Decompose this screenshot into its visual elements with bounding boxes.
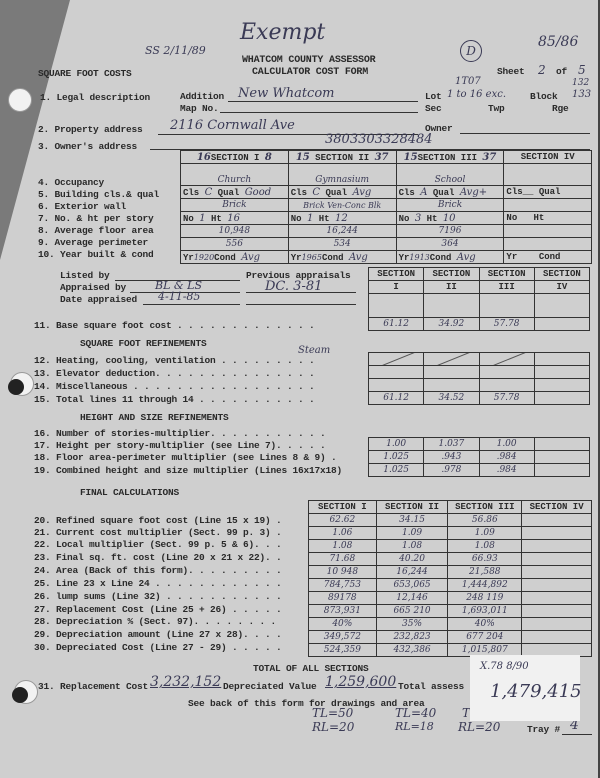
line15-label: 15. Total lines 11 through 14 . . . . . … — [34, 394, 315, 405]
binder-hole-bottom — [14, 680, 38, 704]
line28-row: 40%35%40% — [309, 618, 592, 631]
stories-row: No 1 Ht 16 No 1 Ht 12 No 3 Ht 10 No Ht — [181, 212, 592, 225]
row-label-occupancy: 4. Occupancy — [38, 177, 104, 188]
sec4-header: SECTION — [534, 268, 589, 281]
line26-label: 26. lump sums (Line 32) . . . . . . . . … — [34, 591, 282, 602]
sheet-label: Sheet — [497, 66, 525, 77]
sec4-roman: IV — [534, 281, 589, 294]
class-quality-row: Cls C Qual Good Cls C Qual Avg Cls A Qua… — [181, 186, 592, 199]
replacement-cost-total: 3,232,152 — [150, 674, 221, 690]
base-cost-row: 61.12 34.92 57.78 — [369, 318, 590, 331]
initials-date: SS 2/11/89 — [145, 44, 206, 57]
line12-label: 12. Heating, cooling, ventilation . . . … — [34, 355, 315, 366]
owner-address-value: 3803303328484 — [325, 132, 433, 147]
line18-row: 1.025 .943 .984 — [369, 451, 590, 464]
year-cond-row: Yr1920Cond Avg Yr1965Cond Avg Yr1913Cond… — [181, 251, 592, 264]
block-label: Block — [530, 91, 558, 102]
square-foot-costs-label: SQUARE FOOT COSTS — [38, 68, 132, 79]
total-assessed-label: Total assess — [398, 681, 464, 692]
line20-label: 20. Refined square foot cost (Line 15 x … — [34, 515, 282, 526]
line22-row: 1.081.081.08 — [309, 540, 592, 553]
tl-section3: T — [462, 706, 470, 720]
line27-row: 873,931665 2101,693,011 — [309, 605, 592, 618]
line20-row: 62.6234.1556.86 — [309, 514, 592, 527]
line13-label: 13. Elevator deduction. . . . . . . . . … — [34, 368, 315, 379]
date-appraised-label: Date appraised — [60, 294, 137, 305]
sheet-total: 5 — [578, 63, 586, 77]
row-label-class-quality: 5. Building cls.& qual — [38, 189, 159, 200]
line21-row: 1.061.091.09 — [309, 527, 592, 540]
sticky-note: X.78 8/90 1,479,415 — [470, 655, 580, 721]
line23-label: 23. Final sq. ft. cost (Line 20 x 21 x 2… — [34, 552, 282, 563]
line24-row: 10 94816,24421,588 — [309, 566, 592, 579]
twp-label: Twp — [488, 103, 505, 114]
previous-appraisals-underline-1 — [246, 292, 356, 293]
line24-label: 24. Area (Back of this form). . . . . . … — [34, 565, 282, 576]
totals-title: TOTAL OF ALL SECTIONS — [253, 663, 369, 674]
tl-section2: TL=40 — [395, 706, 436, 720]
back-of-form-note: See back of this form for drawings and a… — [188, 698, 425, 709]
depreciated-value-label: Depreciated Value — [223, 681, 317, 692]
line17-label: 17. Height per story-multiplier (see Lin… — [34, 440, 326, 451]
tax-year: 85/86 — [538, 34, 578, 50]
owner-underline — [460, 133, 590, 134]
line19-label: 19. Combined height and size multiplier … — [34, 465, 342, 476]
row-label-year-cond: 10. Year built & cond — [38, 249, 154, 260]
map-no-underline — [220, 112, 418, 113]
date-appraised-value: 4-11-85 — [158, 290, 200, 303]
line22-label: 22. Local multiplier (Sect. 99 p. 5 & 6)… — [34, 539, 282, 550]
tl-section1: TL=50 — [312, 706, 353, 720]
line31-label: 31. Replacement Cost — [38, 681, 148, 692]
lot-top-note: 1T07 — [455, 76, 481, 87]
line2-label: 2. Property address — [38, 124, 143, 135]
height-refinements-title: HEIGHT AND SIZE REFINEMENTS — [80, 412, 229, 423]
section-header-row: 16SECTION I 8 15 SECTION II 37 15SECTION… — [181, 151, 592, 164]
sticky-note-line1: X.78 8/90 — [480, 661, 529, 672]
depreciated-value-total: 1,259,600 — [325, 674, 396, 690]
block-top-note: 132 — [572, 78, 589, 88]
date-appraised-underline — [143, 304, 240, 305]
binder-hole-middle — [10, 372, 34, 396]
form-title-line2: CALCULATOR COST FORM — [252, 67, 368, 78]
final-calculations-title: FINAL CALCULATIONS — [80, 487, 179, 498]
rl-section3: RL=20 — [458, 720, 500, 734]
exterior-wall-row: Brick Brick Ven-Conc Blk Brick — [181, 199, 592, 212]
sec1-roman: I — [369, 281, 424, 294]
line26-row: 8917812,146248 119 — [309, 592, 592, 605]
row-label-floor-area: 8. Average floor area — [38, 225, 154, 236]
line19-row: 1.025 .978 .984 — [369, 464, 590, 477]
final-header-row: SECTION I SECTION II SECTION III SECTION… — [309, 501, 592, 514]
line18-label: 18. Floor area-perimeter multiplier (see… — [34, 452, 337, 463]
line28-label: 28. Depreciation % (Sect. 97). . . . . .… — [34, 616, 276, 627]
assessor-cost-form: Exempt SS 2/11/89 WHATCOM COUNTY ASSESSO… — [0, 0, 600, 778]
line27-label: 27. Replacement Cost (Line 25 + 26) . . … — [34, 604, 282, 615]
line25-row: 784,753653,0651,444,892 — [309, 579, 592, 592]
line21-label: 21. Current cost multiplier (Sect. 99 p.… — [34, 527, 282, 538]
tray-label: Tray # — [527, 724, 560, 735]
of-label: of — [556, 66, 567, 77]
sqft-refinements-table: 61.12 34.52 57.78 — [368, 352, 590, 405]
addition-value: New Whatcom — [238, 86, 334, 101]
base-cost-table: SECTION SECTION SECTION SECTION I II III… — [368, 267, 590, 331]
row-label-exterior-wall: 6. Exterior wall — [38, 201, 126, 212]
line1-label: 1. Legal description — [40, 92, 150, 103]
floor-area-row: 10,948 16,244 7196 — [181, 225, 592, 238]
row-label-perimeter: 9. Average perimeter — [38, 237, 148, 248]
sec3-roman: III — [479, 281, 534, 294]
sticky-note-line2: 1,479,415 — [490, 681, 582, 702]
line29-row: 349,572232,823677 204 — [309, 631, 592, 644]
rl-section1: RL=20 — [312, 720, 354, 734]
occupancy-row: Church Gymnasium School — [181, 164, 592, 186]
line23-row: 71.6840.2066.93 — [309, 553, 592, 566]
height-refinements-table: 1.00 1.037 1.00 1.025 .943 .984 1.025 .9… — [368, 437, 590, 477]
addition-label: Addition — [180, 91, 224, 102]
line16-label: 16. Number of stories-multiplier. . . . … — [34, 428, 326, 439]
line14-label: 14. Miscellaneous . . . . . . . . . . . … — [34, 381, 315, 392]
line11-label: 11. Base square foot cost . . . . . . . … — [34, 320, 315, 331]
line3-label: 3. Owner's address — [38, 141, 137, 152]
line30-label: 30. Depreciated Cost (Line 27 - 29) . . … — [34, 642, 282, 653]
binder-hole-top — [8, 88, 32, 112]
line15-row: 61.12 34.52 57.78 — [369, 392, 590, 405]
rl-section2: RL=18 — [395, 720, 434, 733]
rge-label: Rge — [552, 103, 569, 114]
addition-underline — [228, 101, 418, 102]
tray-underline — [562, 734, 592, 735]
map-no-label: Map No. — [180, 103, 219, 114]
perimeter-row: 556 534 364 — [181, 238, 592, 251]
sqft-refinements-title: SQUARE FOOT REFINEMENTS — [80, 338, 207, 349]
sections-details-table: 16SECTION I 8 15 SECTION II 37 15SECTION… — [180, 150, 592, 264]
row-label-stories: 7. No. & ht per story — [38, 213, 154, 224]
block-value: 133 — [572, 89, 591, 100]
exempt-stamp: Exempt — [240, 20, 325, 45]
sec3-header: SECTION — [479, 268, 534, 281]
listed-by-label: Listed by — [60, 270, 110, 281]
property-address-value: 2116 Cornwall Ave — [170, 118, 295, 133]
line17-row: 1.00 1.037 1.00 — [369, 438, 590, 451]
sheet-number: 2 — [538, 63, 546, 77]
sec-label: Sec — [425, 103, 442, 114]
circled-mark: D — [460, 40, 482, 62]
lot-value: 1 to 16 exc. — [447, 89, 506, 100]
previous-appraisals-underline-2 — [246, 304, 356, 305]
sec2-roman: II — [424, 281, 479, 294]
line25-label: 25. Line 23 x Line 24 . . . . . . . . . … — [34, 578, 282, 589]
sec2-header: SECTION — [424, 268, 479, 281]
final-calculations-table: SECTION I SECTION II SECTION III SECTION… — [308, 500, 592, 657]
line29-label: 29. Depreciation amount (Line 27 x 28). … — [34, 629, 282, 640]
form-title-line1: WHATCOM COUNTY ASSESSOR — [242, 55, 375, 66]
sec1-header: SECTION — [369, 268, 424, 281]
appraised-by-label: Appraised by — [60, 282, 126, 293]
lot-label: Lot — [425, 91, 442, 102]
